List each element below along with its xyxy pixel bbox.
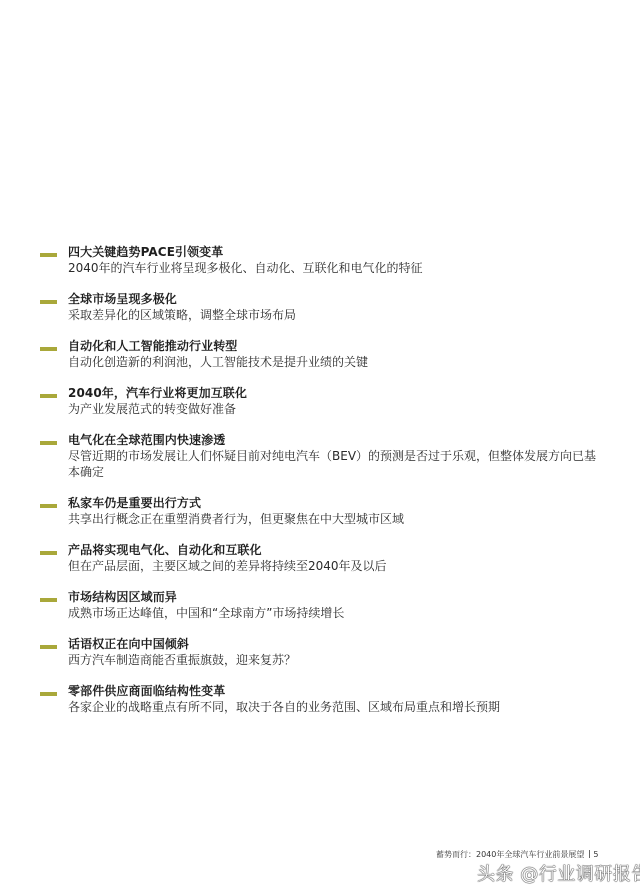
trend-item: 话语权正在向中国倾斜 西方汽车制造商能否重振旗鼓，迎来复苏？ [40, 636, 600, 668]
trend-title: 话语权正在向中国倾斜 [68, 636, 600, 652]
footer-divider [589, 850, 590, 858]
trend-item: 自动化和人工智能推动行业转型 自动化创造新的利润池，人工智能技术是提升业绩的关键 [40, 338, 600, 370]
key-trends-list: 四大关键趋势PACE引领变革 2040年的汽车行业将呈现多极化、自动化、互联化和… [40, 244, 600, 730]
trend-item: 私家车仍是重要出行方式 共享出行概念正在重塑消费者行为，但更聚焦在中大型城市区域 [40, 495, 600, 527]
trend-description: 各家企业的战略重点有所不同，取决于各自的业务范围、区域布局重点和增长预期 [68, 699, 600, 715]
page-footer: 蓄势而行：2040年全球汽车行业前景展望5 [436, 849, 598, 860]
trend-title: 全球市场呈现多极化 [68, 291, 600, 307]
trend-title: 私家车仍是重要出行方式 [68, 495, 600, 511]
trend-description: 西方汽车制造商能否重振旗鼓，迎来复苏？ [68, 652, 600, 668]
footer-report-title: 蓄势而行：2040年全球汽车行业前景展望 [436, 850, 584, 859]
trend-title: 自动化和人工智能推动行业转型 [68, 338, 600, 354]
dash-bullet-icon [40, 441, 57, 445]
dash-bullet-icon [40, 394, 57, 398]
trend-description: 但在产品层面，主要区域之间的差异将持续至2040年及以后 [68, 558, 600, 574]
trend-title: 电气化在全球范围内快速渗透 [68, 432, 600, 448]
dash-bullet-icon [40, 504, 57, 508]
trend-title: 四大关键趋势PACE引领变革 [68, 244, 600, 260]
trend-item: 产品将实现电气化、自动化和互联化 但在产品层面，主要区域之间的差异将持续至204… [40, 542, 600, 574]
trend-description: 成熟市场正达峰值，中国和“全球南方”市场持续增长 [68, 605, 600, 621]
trend-item: 四大关键趋势PACE引领变革 2040年的汽车行业将呈现多极化、自动化、互联化和… [40, 244, 600, 276]
trend-item: 2040年，汽车行业将更加互联化 为产业发展范式的转变做好准备 [40, 385, 600, 417]
trend-title: 2040年，汽车行业将更加互联化 [68, 385, 600, 401]
watermark: 头条 @行业调研报告 [477, 860, 640, 886]
trend-title: 产品将实现电气化、自动化和互联化 [68, 542, 600, 558]
trend-description: 尽管近期的市场发展让人们怀疑目前对纯电汽车（BEV）的预测是否过于乐观，但整体发… [68, 448, 600, 480]
dash-bullet-icon [40, 253, 57, 257]
trend-description: 2040年的汽车行业将呈现多极化、自动化、互联化和电气化的特征 [68, 260, 600, 276]
dash-bullet-icon [40, 645, 57, 649]
dash-bullet-icon [40, 598, 57, 602]
trend-item: 市场结构因区域而异 成熟市场正达峰值，中国和“全球南方”市场持续增长 [40, 589, 600, 621]
trend-title: 市场结构因区域而异 [68, 589, 600, 605]
dash-bullet-icon [40, 300, 57, 304]
trend-description: 采取差异化的区域策略，调整全球市场布局 [68, 307, 600, 323]
trend-description: 共享出行概念正在重塑消费者行为，但更聚焦在中大型城市区域 [68, 511, 600, 527]
trend-item: 电气化在全球范围内快速渗透 尽管近期的市场发展让人们怀疑目前对纯电汽车（BEV）… [40, 432, 600, 480]
trend-description: 自动化创造新的利润池，人工智能技术是提升业绩的关键 [68, 354, 600, 370]
page-number: 5 [593, 850, 598, 859]
dash-bullet-icon [40, 347, 57, 351]
trend-item: 全球市场呈现多极化 采取差异化的区域策略，调整全球市场布局 [40, 291, 600, 323]
dash-bullet-icon [40, 692, 57, 696]
dash-bullet-icon [40, 551, 57, 555]
trend-item: 零部件供应商面临结构性变革 各家企业的战略重点有所不同，取决于各自的业务范围、区… [40, 683, 600, 715]
trend-description: 为产业发展范式的转变做好准备 [68, 401, 600, 417]
trend-title: 零部件供应商面临结构性变革 [68, 683, 600, 699]
